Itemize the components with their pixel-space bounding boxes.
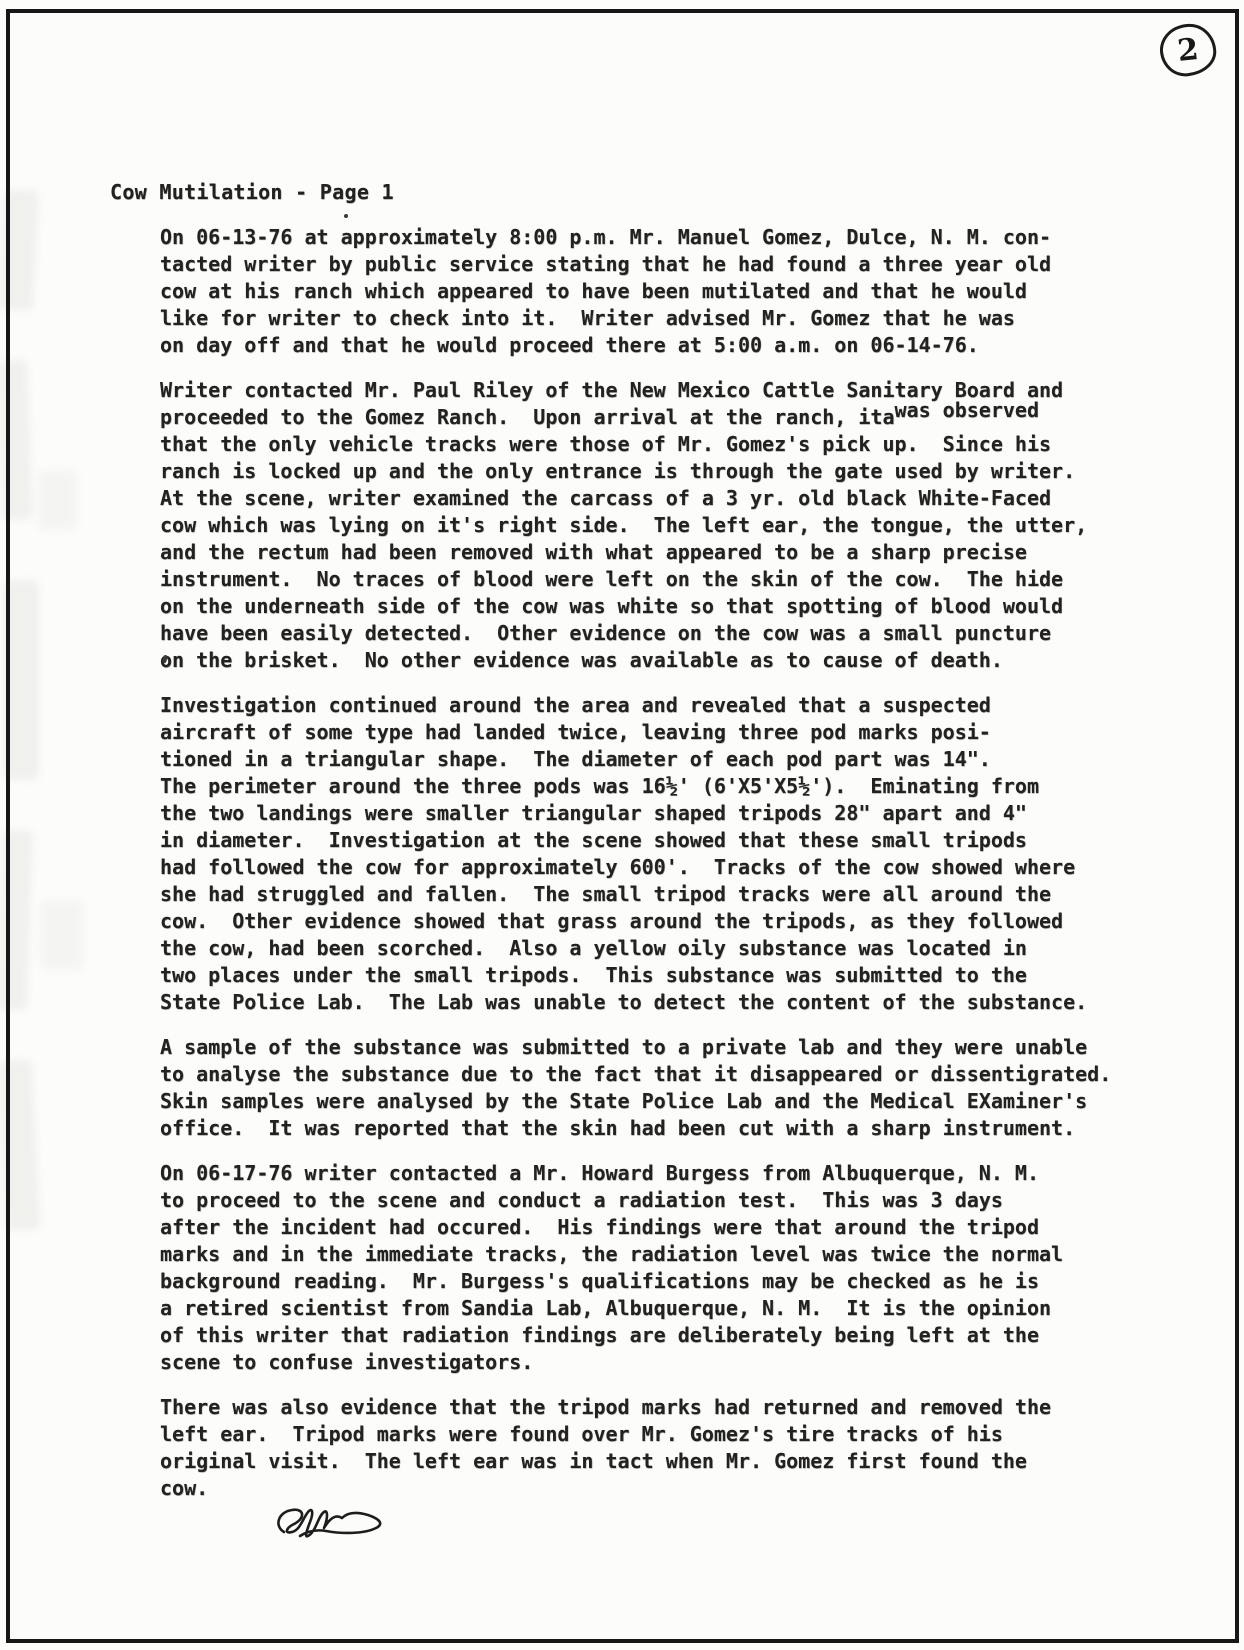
text-segment: proceeded to the Gomez Ranch. Upon arriv… [160, 405, 895, 429]
stray-mark [344, 214, 349, 219]
text-line: tioned in a triangular shape. The diamet… [160, 746, 1160, 773]
text-line: instrument. No traces of blood were left… [160, 566, 1160, 593]
document-body: On 06-13-76 at approximately 8:00 p.m. M… [160, 224, 1160, 1520]
text-line: The perimeter around the three pods was … [160, 773, 1160, 800]
text-line: the cow, had been scorched. Also a yello… [160, 935, 1160, 962]
text-line: on the underneath side of the cow was wh… [160, 593, 1160, 620]
text-line: office. It was reported that the skin ha… [160, 1115, 1160, 1142]
text-line: ranch is locked up and the only entrance… [160, 458, 1160, 485]
bleedthrough-smudge [0, 189, 39, 311]
paragraph: On 06-17-76 writer contacted a Mr. Howar… [160, 1160, 1160, 1376]
paragraph: Investigation continued around the area … [160, 692, 1160, 1016]
text-line: proceeded to the Gomez Ranch. Upon arriv… [160, 404, 1160, 431]
bleedthrough-smudge [3, 580, 39, 780]
paragraph: There was also evidence that the tripod … [160, 1394, 1160, 1502]
text-line: At the scene, writer examined the carcas… [160, 485, 1160, 512]
text-line: had followed the cow for approximately 6… [160, 854, 1160, 881]
text-line: Investigation continued around the area … [160, 692, 1160, 719]
paragraph: A sample of the substance was submitted … [160, 1034, 1160, 1142]
text-line: to proceed to the scene and conduct a ra… [160, 1187, 1160, 1214]
text-line: left ear. Tripod marks were found over M… [160, 1421, 1160, 1448]
text-line: have been easily detected. Other evidenc… [160, 620, 1160, 647]
text-line: that the only vehicle tracks were those … [160, 431, 1160, 458]
page-number-badge: 2 [1157, 21, 1218, 79]
text-line: background reading. Mr. Burgess's qualif… [160, 1268, 1160, 1295]
text-line: of this writer that radiation findings a… [160, 1322, 1160, 1349]
text-line: Skin samples were analysed by the State … [160, 1088, 1160, 1115]
text-line: she had struggled and fallen. The small … [160, 881, 1160, 908]
scanned-page: 2 Cow Mutilation - Page 1 On 06-13-76 at… [0, 0, 1244, 1650]
text-line: a retired scientist from Sandia Lab, Alb… [160, 1295, 1160, 1322]
document-title: Cow Mutilation - Page 1 [110, 180, 394, 204]
paragraph: On 06-13-76 at approximately 8:00 p.m. M… [160, 224, 1160, 359]
text-line: cow at his ranch which appeared to have … [160, 278, 1160, 305]
text-line: cow which was lying on it's right side. … [160, 512, 1160, 539]
text-line: two places under the small tripods. This… [160, 962, 1160, 989]
bleedthrough-smudge [0, 360, 33, 521]
text-line: tacted writer by public service stating … [160, 251, 1160, 278]
text-line: A sample of the substance was submitted … [160, 1034, 1160, 1061]
text-line: marks and in the immediate tracks, the r… [160, 1241, 1160, 1268]
text-line: like for writer to check into it. Writer… [160, 305, 1160, 332]
text-segment: was observed [895, 398, 1040, 422]
text-line: in diameter. Investigation at the scene … [160, 827, 1160, 854]
text-line: cow. Other evidence showed that grass ar… [160, 908, 1160, 935]
text-line: On 06-13-76 at approximately 8:00 p.m. M… [160, 224, 1160, 251]
page-number: 2 [1176, 32, 1200, 69]
text-line: on the brisket. No other evidence was av… [160, 647, 1160, 674]
bleedthrough-smudge [0, 830, 33, 1011]
text-line: and the rectum had been removed with wha… [160, 539, 1160, 566]
bleedthrough-smudge [40, 900, 84, 970]
text-line: on day off and that he would proceed the… [160, 332, 1160, 359]
text-line: original visit. The left ear was in tact… [160, 1448, 1160, 1475]
text-line: On 06-17-76 writer contacted a Mr. Howar… [160, 1160, 1160, 1187]
bleedthrough-smudge [38, 470, 78, 530]
paragraph: Writer contacted Mr. Paul Riley of the N… [160, 377, 1160, 674]
text-line: after the incident had occured. His find… [160, 1214, 1160, 1241]
text-line: aircraft of some type had landed twice, … [160, 719, 1160, 746]
text-line: There was also evidence that the tripod … [160, 1394, 1160, 1421]
bleedthrough-smudge [0, 1059, 40, 1231]
signature-scribble [262, 1498, 402, 1556]
text-line: scene to confuse investigators. [160, 1349, 1160, 1376]
text-line: State Police Lab. The Lab was unable to … [160, 989, 1160, 1016]
text-line: the two landings were smaller triangular… [160, 800, 1160, 827]
text-line: to analyse the substance due to the fact… [160, 1061, 1160, 1088]
